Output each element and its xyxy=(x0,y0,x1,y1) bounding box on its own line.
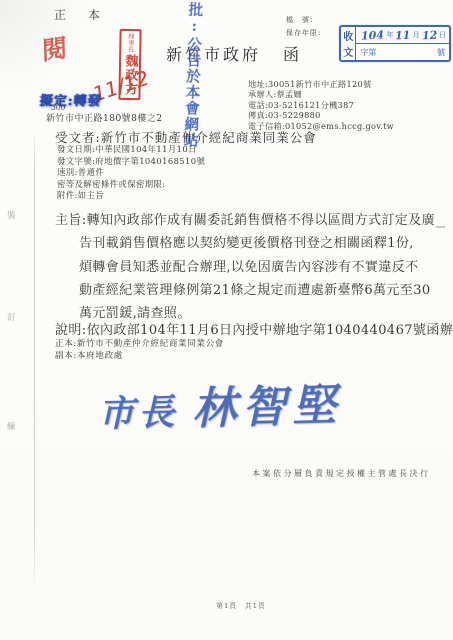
mayor-name: 林智堅 xyxy=(191,380,342,435)
subject-line-3: 煩轉會員知悉並配合辦理,以免因廣告內容涉有不實違反不 xyxy=(79,256,419,275)
subject-label: 主旨: xyxy=(55,213,87,228)
contact-address: 地址:30051新竹市中正路120號 xyxy=(248,79,394,89)
meta-block: 發文日期:中華民國104年11月10日 發文字號:府地價字第1040168510… xyxy=(57,144,205,202)
sender-address: 新竹市中正路180號8樓之2 xyxy=(46,111,163,124)
meta-speed: 速別:普通件 xyxy=(57,167,205,179)
copy-type-label: 正 本 xyxy=(54,6,109,23)
receipt-ref-row: 字第 號 xyxy=(356,44,449,60)
distribution-block: 正本:新竹市不動產仲介經紀商業同業公會 副本:本府地政處 xyxy=(55,339,224,362)
receipt-day: 12 xyxy=(421,28,437,42)
subject-line-2: 告刊載銷售價格應以契約變更後價格刊登之相關函釋1份, xyxy=(79,232,414,251)
receipt-ref-suffix: 號 xyxy=(437,47,445,58)
meta-issue-date: 發文日期:中華民國104年11月10日 xyxy=(57,144,205,156)
red-read-scribble: 閱 xyxy=(41,28,67,68)
mayor-signature-stamp: 市長林智堅 xyxy=(97,369,343,439)
file-labels: 檔 號: 保存年限: xyxy=(286,14,321,40)
meta-security: 密等及解密條件或保密期限: xyxy=(57,179,205,191)
margin-mark-xian: 線 xyxy=(7,420,16,432)
mayor-title: 市長 xyxy=(98,391,179,435)
file-no-label: 檔 號: xyxy=(286,14,321,27)
subject-line-4: 動產經紀業管理條例第21條之規定而遭處新臺幣6萬元至30 xyxy=(79,279,431,298)
authorization-note: 本案依分層負責規定授權主管處長決行 xyxy=(252,468,431,479)
receipt-day-suffix: 日 xyxy=(439,30,446,40)
receipt-date-row: 104 年 11 月 12 日 xyxy=(356,27,449,44)
receipt-stamp: 收 文 104 年 11 月 12 日 字第 號 xyxy=(339,25,451,62)
meta-ref-number: 發文字號:府地價字第1040168510號 xyxy=(57,156,205,168)
receipt-stamp-rows: 104 年 11 月 12 日 字第 號 xyxy=(356,27,449,60)
receipt-stamp-column: 收 文 xyxy=(341,27,356,60)
scan-artifact-dash xyxy=(436,226,445,228)
contact-phone: 電話:03-5216121分機387 xyxy=(248,100,394,110)
forward-decision-stamp: 擬定:轉發 xyxy=(39,90,102,109)
receipt-month-suffix: 月 xyxy=(413,30,420,40)
receipt-month: 11 xyxy=(395,28,411,42)
contact-block: 地址:30051新竹市中正路120號 承辦人:蔡孟姍 電話:03-5216121… xyxy=(248,79,394,131)
receipt-char-shou: 收 xyxy=(343,28,353,43)
scanned-letter-page: 裝 訂 線 正 本 新竹市政府函 檔 號: 保存年限: 收 文 104 年 11… xyxy=(0,0,453,640)
contact-fax: 傳真:03-5229880 xyxy=(248,110,394,120)
meta-attachment: 附件:如主旨 xyxy=(57,190,205,202)
doc-type: 函 xyxy=(283,45,302,64)
receipt-year-suffix: 年 xyxy=(386,30,393,40)
subject-line-1: 主旨:轉知內政部作成有關委託銷售價格不得以區間方式訂定及廣 xyxy=(55,209,435,228)
retention-label: 保存年限: xyxy=(286,27,321,40)
contact-person: 承辦人:蔡孟姍 xyxy=(248,89,394,99)
margin-mark-ding: 訂 xyxy=(7,311,16,323)
description-line: 說明:依內政部104年11月6日內授中辦地字第1040440467號函辦理。 xyxy=(55,319,453,338)
distribution-original: 正本:新竹市不動產仲介經紀商業同業公會 xyxy=(55,339,224,351)
margin-mark-zhuang: 裝 xyxy=(7,209,16,221)
subject-text-1: 轉知內政部作成有關委託銷售價格不得以區間方式訂定及廣 xyxy=(87,213,435,228)
page-number-footer: 第1頁 共1頁 xyxy=(151,600,331,610)
distribution-copy: 副本:本府地政處 xyxy=(55,351,224,363)
chairman-stamp-title: 理事長 xyxy=(127,33,134,53)
binding-line xyxy=(34,130,35,592)
receipt-ref-prefix: 字第 xyxy=(360,47,376,58)
receipt-year: 104 xyxy=(361,28,385,42)
receipt-char-wen: 文 xyxy=(343,44,353,59)
org-name: 新竹市政府 xyxy=(166,45,261,64)
